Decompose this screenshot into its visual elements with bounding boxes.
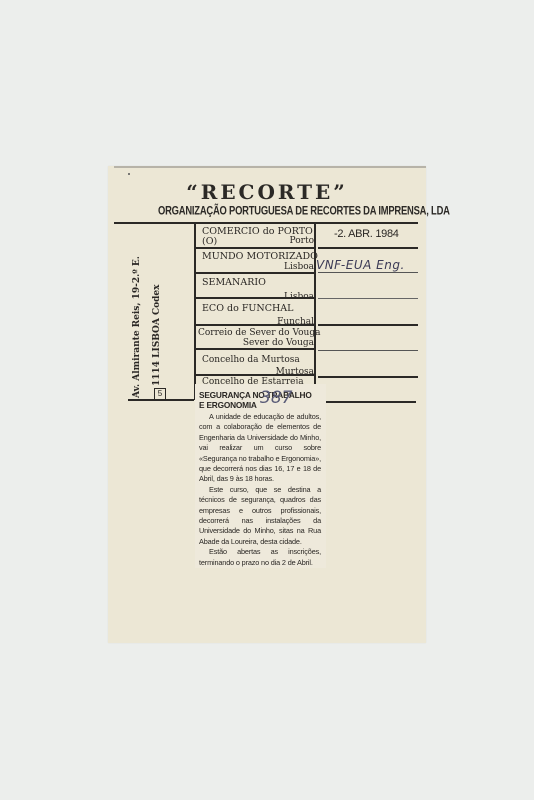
publication-row: Correio de Sever do Vouga Sever do Vouga xyxy=(196,326,314,350)
publication-row: SEMANARIO Lisboa xyxy=(196,274,314,298)
clipping-headline: SEGURANÇA NO TRABALHO E ERGONOMIA xyxy=(199,390,312,410)
row-divider xyxy=(318,247,418,249)
card-subtitle: ORGANIZAÇÃO PORTUGUESA DE RECORTES DA IM… xyxy=(158,203,428,217)
headline-line-2: E ERGONOMIA xyxy=(199,400,312,410)
row-divider xyxy=(318,272,418,273)
punch-mark xyxy=(128,173,130,175)
bottom-left-line xyxy=(128,399,194,401)
table-middle-border xyxy=(314,222,316,384)
address-block: Av. Almirante Reis, 19-2.º E. 1114 LISBO… xyxy=(122,240,188,400)
handwritten-number: 387 xyxy=(260,388,292,408)
newspaper-clipping: SEGURANÇA NO TRABALHO E ERGONOMIA 387 A … xyxy=(195,384,326,568)
address-line-1: Av. Almirante Reis, 19-2.º E. xyxy=(132,256,142,398)
headline-line-1: SEGURANÇA NO TRABALHO xyxy=(199,390,312,400)
bottom-right-line xyxy=(324,401,416,403)
handwritten-note: VNF-EUA Eng. xyxy=(316,258,405,272)
top-edge-line xyxy=(114,166,426,168)
publication-row: COMERCIO do PORTO (O) Porto xyxy=(196,224,314,248)
address-line-2: 1114 LISBOA Codex xyxy=(152,284,162,386)
clipping-paragraph: A unidade de educação de adultos, com a … xyxy=(199,412,321,485)
row-divider xyxy=(318,376,418,378)
publication-row: ECO do FUNCHAL Funchal xyxy=(196,299,314,323)
card-title: “RECORTE” xyxy=(108,180,426,204)
publication-row: Concelho da Murtosa Murtosa xyxy=(196,350,314,374)
row-divider xyxy=(318,324,418,326)
clipping-paragraph: Estão abertas as inscrições, terminando … xyxy=(199,547,321,568)
date-stamp: -2. ABR. 1984 xyxy=(334,228,399,240)
row-divider xyxy=(318,350,418,351)
row-divider xyxy=(318,298,418,299)
clipping-card: “RECORTE” ORGANIZAÇÃO PORTUGUESA DE RECO… xyxy=(108,166,426,643)
clipping-body: A unidade de educação de adultos, com a … xyxy=(199,412,321,568)
clipping-paragraph: Este curso, que se destina a técnicos de… xyxy=(199,485,321,547)
publication-row: MUNDO MOTORIZADO Lisboa xyxy=(196,249,314,273)
